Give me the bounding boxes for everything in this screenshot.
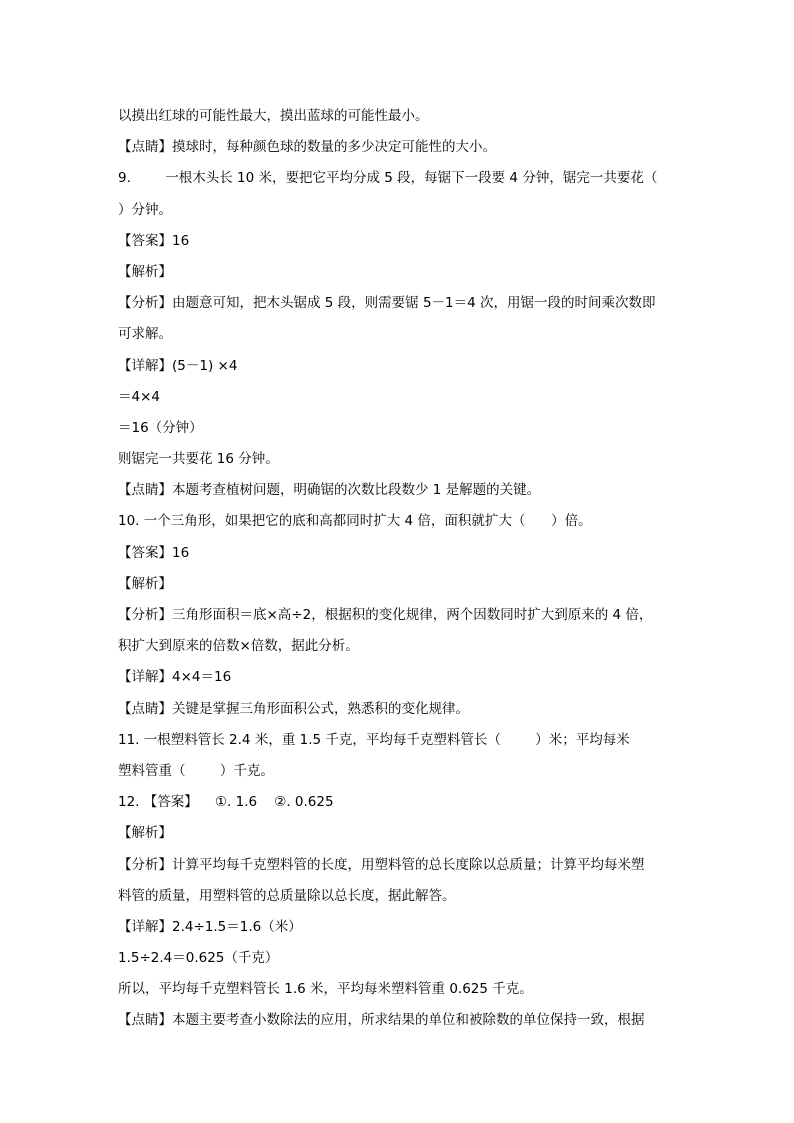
detail-line: 【详解】4×4＝16 [118,662,678,693]
detail-line: 【详解】(5－1) ×4 [118,351,678,382]
detail-line: 【详解】2.4÷1.5＝1.6（米） [118,912,678,943]
text-line: 【点睛】本题考查植树问题，明确锯的次数比段数少 1 是解题的关键。 [118,475,678,506]
analysis-heading: 【解析】 [118,257,678,288]
text-line: 以摸出红球的可能性最大，摸出蓝球的可能性最小。 [118,101,678,132]
analysis-heading: 【解析】 [118,569,678,600]
text-line: 【点睛】本题主要考查小数除法的应用，所求结果的单位和被除数的单位保持一致，根据 [118,1005,678,1036]
question-9: 9. 一根木头长 10 米，要把它平均分成 5 段，每锯下一段要 4 分钟，锯完… [118,163,678,194]
answer-line: 【答案】16 [118,538,678,569]
question-11: 11. 一根塑料管长 2.4 米，重 1.5 千克，平均每千克塑料管长（ ）米；… [118,725,678,756]
text-line: 【分析】三角形面积＝底×高÷2，根据积的变化规律，两个因数同时扩大到原来的 4 … [118,600,678,631]
text-line: ＝4×4 [118,382,678,413]
answer-line: 12. 【答案】 ①. 1.6 ②. 0.625 [118,787,678,818]
text-line: 【分析】计算平均每千克塑料管的长度，用塑料管的总长度除以总质量；计算平均每米塑 [118,850,678,881]
analysis-heading: 【解析】 [118,818,678,849]
text-line: 积扩大到原来的倍数×倍数，据此分析。 [118,631,678,662]
text-line: 塑料管重（ ）千克。 [118,756,678,787]
text-line: 【点睛】关键是掌握三角形面积公式，熟悉积的变化规律。 [118,694,678,725]
text-line: 料管的质量，用塑料管的总质量除以总长度，据此解答。 [118,881,678,912]
text-line: 可求解。 [118,319,678,350]
text-line: 则锯完一共要花 16 分钟。 [118,444,678,475]
question-10: 10. 一个三角形，如果把它的底和高都同时扩大 4 倍，面积就扩大（ ）倍。 [118,506,678,537]
text-line: 1.5÷2.4＝0.625（千克） [118,943,678,974]
text-line: ＝16（分钟） [118,413,678,444]
document-page: 以摸出红球的可能性最大，摸出蓝球的可能性最小。 【点睛】摸球时，每种颜色球的数量… [118,101,678,1037]
text-line: ）分钟。 [118,195,678,226]
text-line: 所以，平均每千克塑料管长 1.6 米，平均每米塑料管重 0.625 千克。 [118,974,678,1005]
text-line: 【点睛】摸球时，每种颜色球的数量的多少决定可能性的大小。 [118,132,678,163]
answer-line: 【答案】16 [118,226,678,257]
text-line: 【分析】由题意可知，把木头锯成 5 段，则需要锯 5－1＝4 次，用锯一段的时间… [118,288,678,319]
